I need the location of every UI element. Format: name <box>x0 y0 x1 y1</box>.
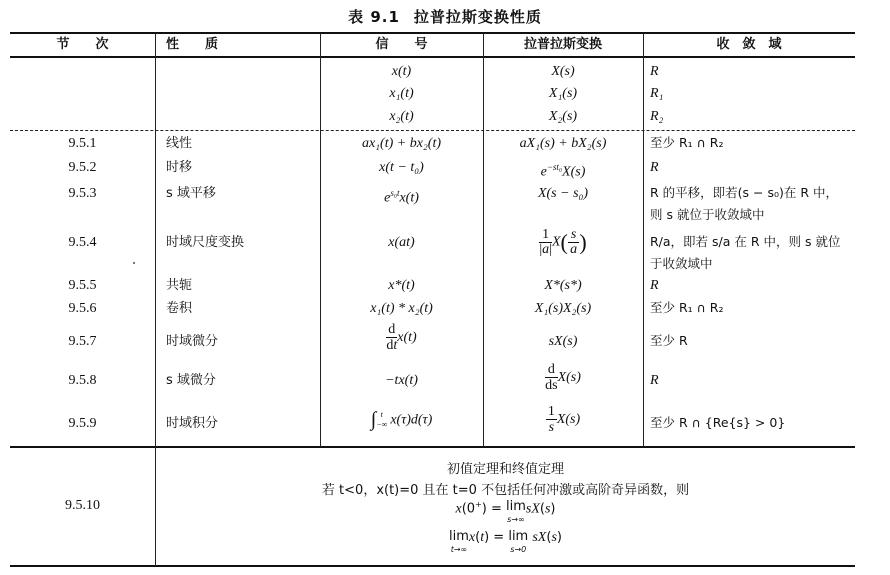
laplace-cell: X(s − s₀) <box>483 184 643 203</box>
signal-cell: ∫t−∞x(τ)d(τ) <box>320 410 483 430</box>
laplace-cell: e−st₀X(s) <box>483 158 643 182</box>
signal-cell: x*(t) <box>320 276 483 295</box>
table-number: 表 9.1 <box>348 8 400 26</box>
section-number: 9.5.8 <box>10 371 155 390</box>
theorem-title: 初值定理和终值定理 <box>156 458 855 477</box>
roc-cell: R/a，即若 s/a 在 R 中，则 s 就位于收敛域中 <box>650 231 850 275</box>
header-section: 节 次 <box>10 35 155 55</box>
signal-cell: −tx(t) <box>320 371 483 390</box>
section-number: 9.5.9 <box>10 414 155 433</box>
signal-cell: d dt x(t) <box>320 322 483 353</box>
dashed-divider <box>10 130 855 131</box>
section-number: 9.5.3 <box>10 184 155 203</box>
top-rule <box>10 32 855 34</box>
signal-cell: x(at) <box>320 233 483 252</box>
roc-cell: 至少 R <box>650 330 850 352</box>
theorem-rule <box>10 446 855 448</box>
laplace-cell: X₁(s) <box>483 84 643 103</box>
roc-cell: R <box>650 60 850 83</box>
table-title: 拉普拉斯变换性质 <box>414 8 542 26</box>
initial-value-theorem: x(0+) = lims→∞sX(s) <box>156 500 855 526</box>
roc-cell: 至少 R ∩ {Re{s} > 0} <box>650 412 850 434</box>
signal-cell: x(t) <box>320 62 483 81</box>
section-number: 9.5.1 <box>10 134 155 153</box>
signal-cell: ax₁(t) + bx₂(t) <box>320 134 483 153</box>
roc-cell: 至少 R₁ ∩ R₂ <box>650 132 850 154</box>
roc-cell: R <box>650 369 850 392</box>
laplace-cell: X(s) <box>483 62 643 81</box>
signal-cell: x(t − t₀) <box>320 158 483 177</box>
section-number: 9.5.2 <box>10 158 155 177</box>
property-name: s 域平移 <box>166 184 216 203</box>
laplace-cell: X₂(s) <box>483 107 643 126</box>
header-laplace: 拉普拉斯变换 <box>483 35 643 55</box>
property-name: s 域微分 <box>166 371 216 390</box>
laplace-cell: 1 s X(s) <box>483 404 643 435</box>
laplace-cell: 1 |a| X( s a ) <box>483 228 643 257</box>
property-name: 卷积 <box>166 299 192 318</box>
laplace-cell: aX₁(s) + bX₂(s) <box>483 134 643 153</box>
section-number: 9.5.5 <box>10 276 155 295</box>
header-rule <box>10 56 855 58</box>
property-name: 共轭 <box>166 276 192 295</box>
final-value-theorem: limt→∞x(t) = lims→0 sX(s) <box>156 530 855 556</box>
bottom-rule <box>10 565 855 567</box>
property-name: 线性 <box>166 134 192 153</box>
section-number: 9.5.10 <box>10 496 155 515</box>
signal-cell: x₁(t) * x₂(t) <box>320 299 483 318</box>
section-number: 9.5.6 <box>10 299 155 318</box>
section-number: 9.5.4 <box>10 233 155 252</box>
property-name: 时域积分 <box>166 414 218 433</box>
column-divider-4 <box>643 33 644 447</box>
theorem-condition: 若 t<0，x(t)=0 且在 t=0 不包括任何冲激或高阶奇异函数，则 <box>156 479 855 498</box>
header-roc: 收 敛 域 <box>643 35 855 55</box>
header-signal: 信 号 <box>320 35 483 55</box>
header-property: 性 质 <box>166 35 316 55</box>
roc-cell: R₂ <box>650 105 850 128</box>
table-caption: 表 9.1拉普拉斯变换性质 <box>0 6 890 27</box>
roc-cell: R₁ <box>650 82 850 105</box>
scan-speck <box>133 262 135 264</box>
section-number: 9.5.7 <box>10 332 155 351</box>
laplace-cell: X*(s*) <box>483 276 643 295</box>
property-name: 时移 <box>166 158 192 177</box>
laplace-cell: X₁(s)X₂(s) <box>483 299 643 318</box>
signal-cell: x₂(t) <box>320 107 483 126</box>
roc-cell: R 的平移，即若(s − s₀)在 R 中，则 s 就位于收敛域中 <box>650 182 850 226</box>
property-name: 时域尺度变换 <box>166 233 244 252</box>
signal-cell: x₁(t) <box>320 84 483 103</box>
roc-cell: R <box>650 274 850 297</box>
roc-cell: R <box>650 156 850 179</box>
laplace-cell: d ds X(s) <box>483 362 643 393</box>
laplace-cell: sX(s) <box>483 332 643 351</box>
roc-cell: 至少 R₁ ∩ R₂ <box>650 297 850 319</box>
signal-cell: es₀tx(t) <box>320 184 483 208</box>
property-name: 时域微分 <box>166 332 218 351</box>
